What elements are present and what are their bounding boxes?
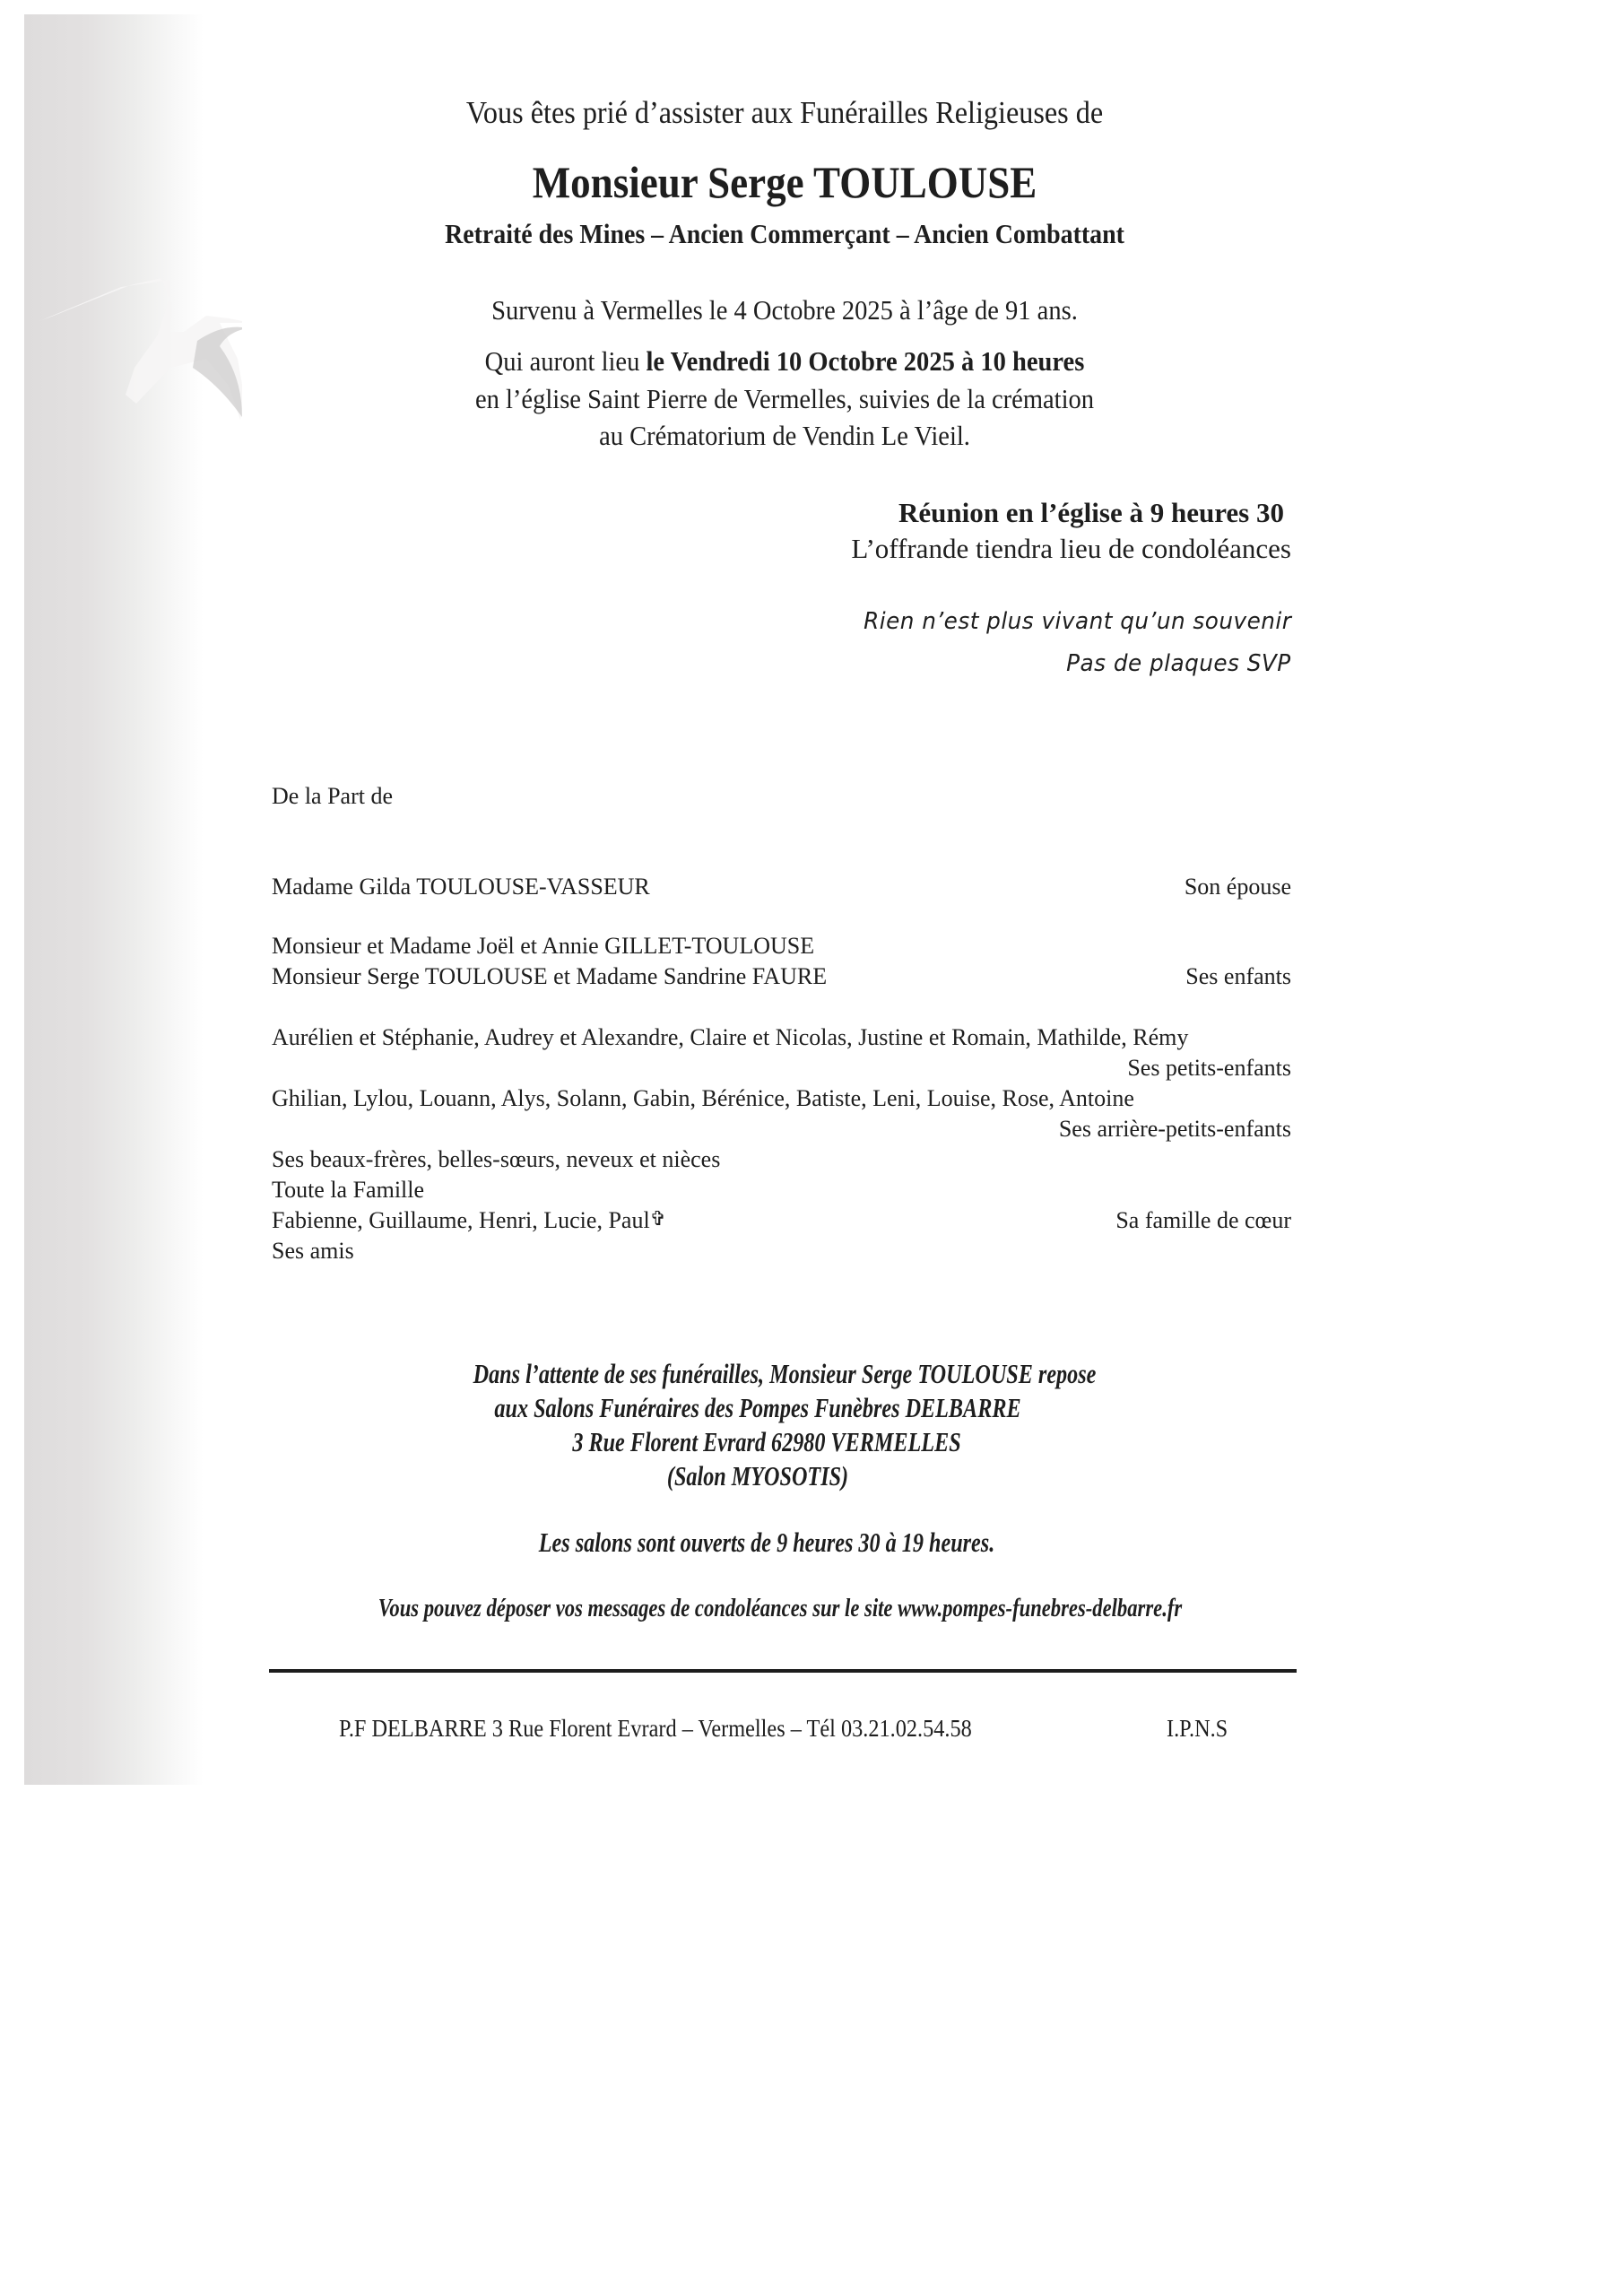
reunion-time: Réunion en l’église à 9 heures 30 [898,499,1284,526]
deceased-titles: Retraité des Mines – Ancien Commerçant –… [79,220,1491,248]
ceremony-line: Qui auront lieu le Vendredi 10 Octobre 2… [63,347,1506,375]
in-laws: Ses beaux-frères, belles-sœurs, neveux e… [272,1148,720,1171]
ceremony-prefix: Qui auront lieu [485,345,647,377]
ceremony-date: le Vendredi 10 Octobre 2025 à 10 heures [646,345,1084,377]
offering-note: L’offrande tiendra lieu de condoléances [851,535,1291,562]
invitation-text: Vous êtes prié d’assister aux Funéraille… [63,97,1506,128]
condolences-website-note: Vous pouvez déposer vos messages de cond… [169,1596,1393,1622]
from-label: De la Part de [272,785,393,808]
heart-family-relation: Sa famille de cœur [1115,1209,1291,1232]
repose-address: 3 Rue Florent Evrard 62980 VERMELLES [155,1428,1379,1456]
great-grandchildren-relation: Ses arrière-petits-enfants [1059,1118,1291,1141]
ceremony-place: en l’église Saint Pierre de Vermelles, s… [63,385,1506,413]
salon-name: (Salon MYOSOTIS) [146,1462,1370,1490]
heart-family-list: Fabienne, Guillaume, Henri, Lucie, Paul [272,1207,650,1233]
children-relation: Ses enfants [1185,965,1291,988]
grandchildren-names: Aurélien et Stéphanie, Audrey et Alexand… [272,1026,1188,1049]
cross-icon: ✞ [650,1207,666,1230]
spouse-relation: Son épouse [1185,875,1291,899]
friends: Ses amis [272,1239,354,1263]
quote-line-1: Rien n’est plus vivant qu’un souvenir [864,610,1291,633]
salon-hours: Les salons sont ouverts de 9 heures 30 à… [155,1528,1379,1556]
footer-divider [269,1669,1297,1673]
child-2: Monsieur Serge TOULOUSE et Madame Sandri… [272,965,827,988]
death-info: Survenu à Vermelles le 4 Octobre 2025 à … [63,296,1506,324]
spouse-name: Madame Gilda TOULOUSE-VASSEUR [272,875,650,899]
grandchildren-relation: Ses petits-enfants [1127,1057,1291,1080]
great-grandchildren-names: Ghilian, Lylou, Louann, Alys, Solann, Ga… [272,1087,1134,1110]
child-1: Monsieur et Madame Joël et Annie GILLET-… [272,935,814,958]
cremation-place: au Crématorium de Vendin Le Vieil. [63,422,1506,449]
whole-family: Toute la Famille [272,1178,424,1202]
quote-line-2: Pas de plaques SVP [1067,652,1291,675]
repose-line-2: aux Salons Funéraires des Pompes Funèbre… [146,1394,1370,1422]
footer-ipns: I.P.N.S [1167,1717,1228,1741]
deceased-name: Monsieur Serge TOULOUSE [79,160,1491,204]
heart-family-names: Fabienne, Guillaume, Henri, Lucie, Paul✞ [272,1209,666,1232]
footer-company: P.F DELBARRE 3 Rue Florent Evrard – Verm… [339,1717,972,1741]
repose-line-1: Dans l’attente de ses funérailles, Monsi… [173,1360,1397,1387]
